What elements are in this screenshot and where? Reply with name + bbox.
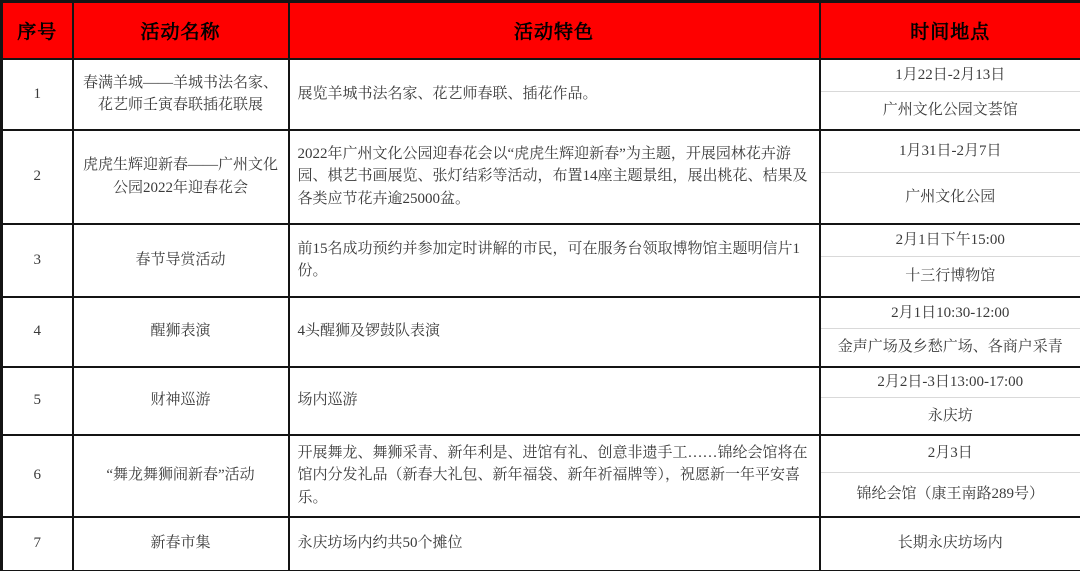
table-row: 2 虎虎生辉迎新春——广州文化公园2022年迎春花会 2022年广州文化公园迎春… [2,130,1080,224]
activity-name: 新春市集 [73,517,289,571]
time-place-cell: 2月1日下午15:00 十三行博物馆 [820,224,1080,297]
table-row: 6 “舞龙舞狮闹新春”活动 开展舞龙、舞狮采青、新年利是、进馆有礼、创意非遗手工… [2,435,1080,517]
activities-table-page: 序号 活动名称 活动特色 时间地点 1 春满羊城——羊城书法名家、花艺师壬寅春联… [0,0,1080,571]
time-place-cell: 1月22日-2月13日 广州文化公园文荟馆 [820,59,1080,130]
time-place-cell: 1月31日-2月7日 广州文化公园 [820,130,1080,224]
header-no: 序号 [2,2,73,59]
header-activity-name: 活动名称 [73,2,289,59]
activity-feature: 2022年广州文化公园迎春花会以“虎虎生辉迎新春”为主题，开展园林花卉游园、棋艺… [289,130,820,224]
row-number: 5 [2,367,73,435]
place-text: 锦纶会馆（康王南路289号） [821,473,1080,516]
activity-name: 虎虎生辉迎新春——广州文化公园2022年迎春花会 [73,130,289,224]
row-number: 6 [2,435,73,517]
time-place-cell: 2月3日 锦纶会馆（康王南路289号） [820,435,1080,517]
row-number: 4 [2,297,73,367]
table-row: 3 春节导赏活动 前15名成功预约并参加定时讲解的市民，可在服务台领取博物馆主题… [2,224,1080,297]
activity-name: 春满羊城——羊城书法名家、花艺师壬寅春联插花联展 [73,59,289,130]
time-text: 1月22日-2月13日 [821,60,1080,92]
place-text: 广州文化公园 [821,173,1080,223]
time-text: 2月1日10:30-12:00 [821,298,1080,330]
place-text: 广州文化公园文荟馆 [821,92,1080,129]
activity-feature: 永庆坊场内约共50个摊位 [289,517,820,571]
place-text: 十三行博物馆 [821,257,1080,295]
activity-name: 春节导赏活动 [73,224,289,297]
time-text: 2月3日 [821,436,1080,473]
row-number: 2 [2,130,73,224]
activity-name: “舞龙舞狮闹新春”活动 [73,435,289,517]
activity-feature: 开展舞龙、舞狮采青、新年利是、进馆有礼、创意非遗手工……锦纶会馆将在馆内分发礼品… [289,435,820,517]
row-number: 3 [2,224,73,297]
header-time-place: 时间地点 [820,2,1080,59]
place-text: 永庆坊 [821,398,1080,433]
header-activity-feature: 活动特色 [289,2,820,59]
time-text: 1月31日-2月7日 [821,131,1080,173]
table-row: 7 新春市集 永庆坊场内约共50个摊位 长期永庆坊场内 [2,517,1080,571]
table-row: 5 财神巡游 场内巡游 2月2日-3日13:00-17:00 永庆坊 [2,367,1080,435]
place-text: 长期永庆坊场内 [821,518,1080,570]
time-place-cell: 2月2日-3日13:00-17:00 永庆坊 [820,367,1080,435]
activity-name: 财神巡游 [73,367,289,435]
activity-feature: 展览羊城书法名家、花艺师春联、插花作品。 [289,59,820,130]
time-place-cell: 2月1日10:30-12:00 金声广场及乡愁广场、各商户采青 [820,297,1080,367]
table-row: 4 醒狮表演 4头醒狮及锣鼓队表演 2月1日10:30-12:00 金声广场及乡… [2,297,1080,367]
row-number: 1 [2,59,73,130]
table-row: 1 春满羊城——羊城书法名家、花艺师壬寅春联插花联展 展览羊城书法名家、花艺师春… [2,59,1080,130]
activity-feature: 场内巡游 [289,367,820,435]
time-text: 2月2日-3日13:00-17:00 [821,368,1080,399]
header-row: 序号 活动名称 活动特色 时间地点 [2,2,1080,59]
time-place-cell: 长期永庆坊场内 [820,517,1080,571]
row-number: 7 [2,517,73,571]
activity-feature: 4头醒狮及锣鼓队表演 [289,297,820,367]
time-text: 2月1日下午15:00 [821,225,1080,258]
spring-festival-activities-table: 序号 活动名称 活动特色 时间地点 1 春满羊城——羊城书法名家、花艺师壬寅春联… [0,0,1080,571]
activity-feature: 前15名成功预约并参加定时讲解的市民，可在服务台领取博物馆主题明信片1份。 [289,224,820,297]
place-text: 金声广场及乡愁广场、各商户采青 [821,329,1080,365]
activity-name: 醒狮表演 [73,297,289,367]
